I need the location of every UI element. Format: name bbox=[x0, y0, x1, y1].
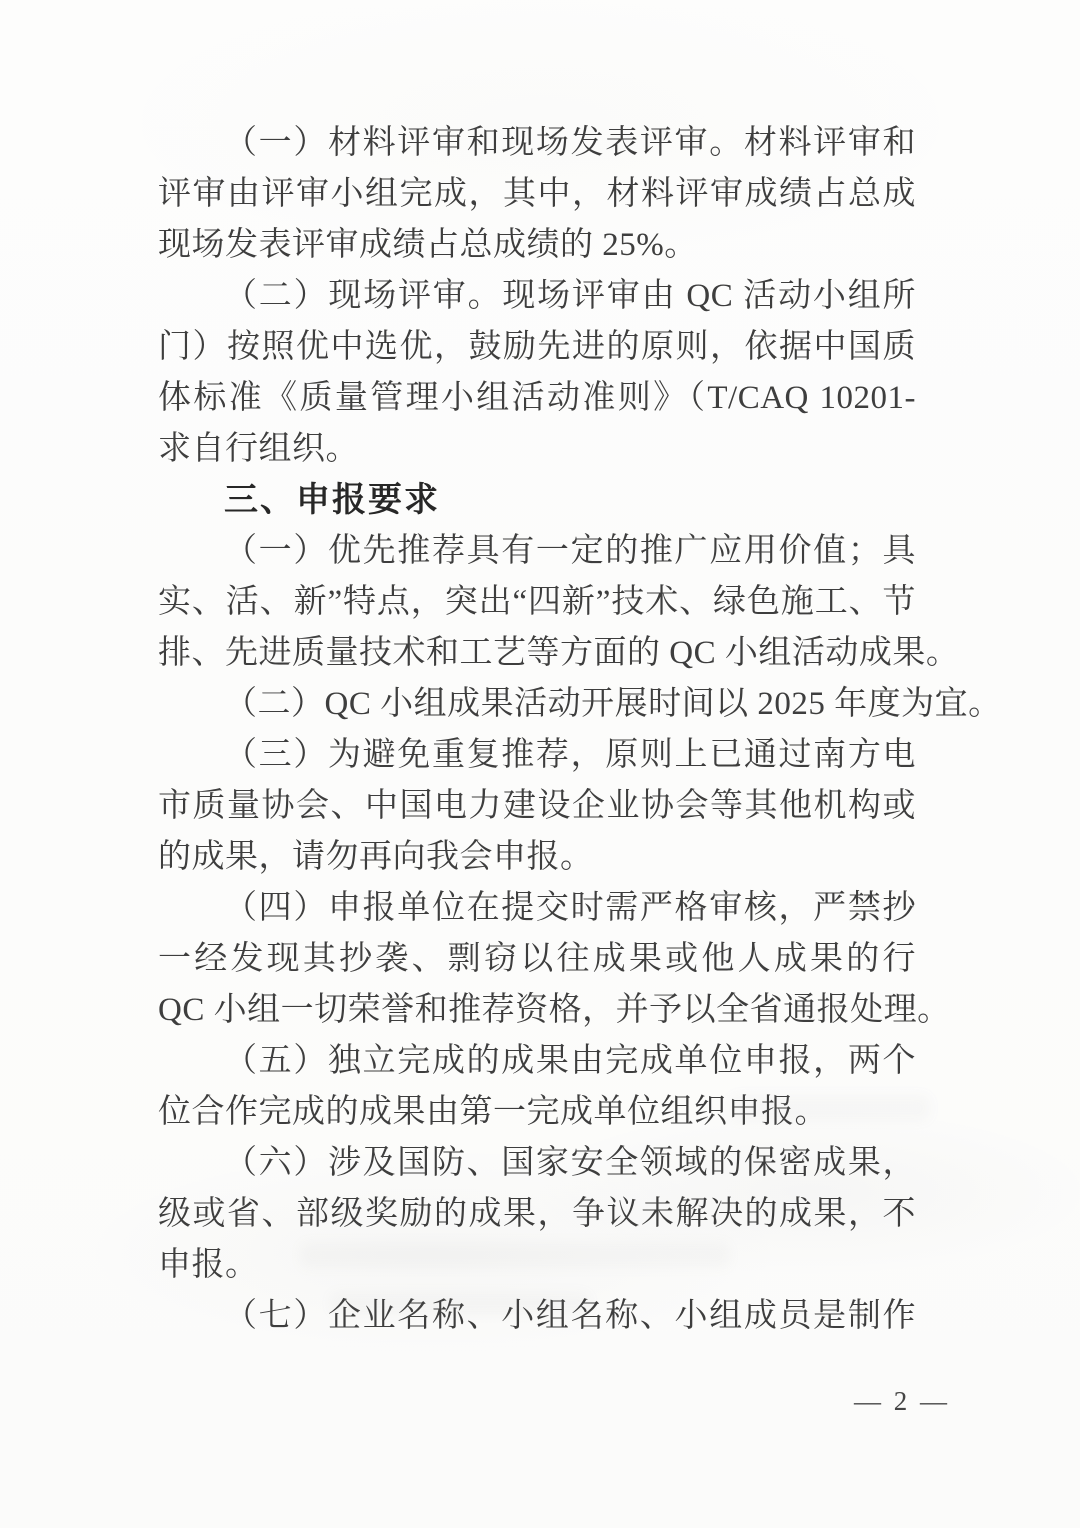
text-line: （二）现场评审。现场评审由 QC 活动小组所在单位（部 bbox=[158, 271, 916, 322]
text-line: 一经发现其抄袭、剽窃以往成果或他人成果的行为，取消该 bbox=[158, 934, 916, 985]
page-number: — 2 — bbox=[812, 1386, 992, 1417]
text-line: （五）独立完成的成果由完成单位申报，两个及以上单 bbox=[158, 1036, 916, 1087]
text-line: （三）为避免重复推荐，原则上已通过南方电网、各地 bbox=[158, 730, 916, 781]
text-line: QC 小组一切荣誉和推荐资格，并予以全省通报处理。 bbox=[158, 985, 916, 1036]
text-line: 排、先进质量技术和工艺等方面的 QC 小组活动成果。 bbox=[158, 628, 916, 679]
text-line: 市质量协会、中国电力建设企业协会等其他机构或渠道提交 bbox=[158, 781, 916, 832]
text-line: 现场发表评审成绩占总成绩的 25%。 bbox=[158, 220, 916, 271]
text-line: （六）涉及国防、国家安全领域的保密成果，已获国家 bbox=[158, 1138, 916, 1189]
text-line: 求自行组织。 bbox=[158, 424, 916, 475]
text-line: 级或省、部级奖励的成果，争议未解决的成果，不得向我会 bbox=[158, 1189, 916, 1240]
text-line: 评审由评审小组完成，其中，材料评审成绩占总成绩的 75%， bbox=[158, 169, 916, 220]
text-line: （二）QC 小组成果活动开展时间以 2025 年度为宜。 bbox=[158, 679, 916, 730]
text-line: 体标准《质量管理小组活动准则》（T/CAQ 10201-2024）要 bbox=[158, 373, 916, 424]
text-line: （一）优先推荐具有一定的推广应用价值；具有“小、 bbox=[158, 526, 916, 577]
text-line: （一）材料评审和现场发表评审。材料评审和现场发表 bbox=[158, 118, 916, 169]
scanned-document-page: （一）材料评审和现场发表评审。材料评审和现场发表评审由评审小组完成，其中，材料评… bbox=[0, 0, 1080, 1528]
text-line: 实、活、新”特点，突出“四新”技术、绿色施工、节能减 bbox=[158, 577, 916, 628]
section-heading: 三、申报要求 bbox=[158, 475, 916, 526]
text-line: 的成果，请勿再向我会申报。 bbox=[158, 832, 916, 883]
bleedthrough-artifact bbox=[330, 1292, 590, 1314]
text-block: （一）材料评审和现场发表评审。材料评审和现场发表评审由评审小组完成，其中，材料评… bbox=[158, 118, 916, 1342]
bleedthrough-artifact bbox=[300, 1242, 730, 1268]
text-line: （四）申报单位在提交时需严格审核，严禁抄袭成果。 bbox=[158, 883, 916, 934]
text-line: 门）按照优中选优，鼓励先进的原则，依据中国质量协会团 bbox=[158, 322, 916, 373]
bleedthrough-artifact bbox=[730, 1095, 930, 1121]
